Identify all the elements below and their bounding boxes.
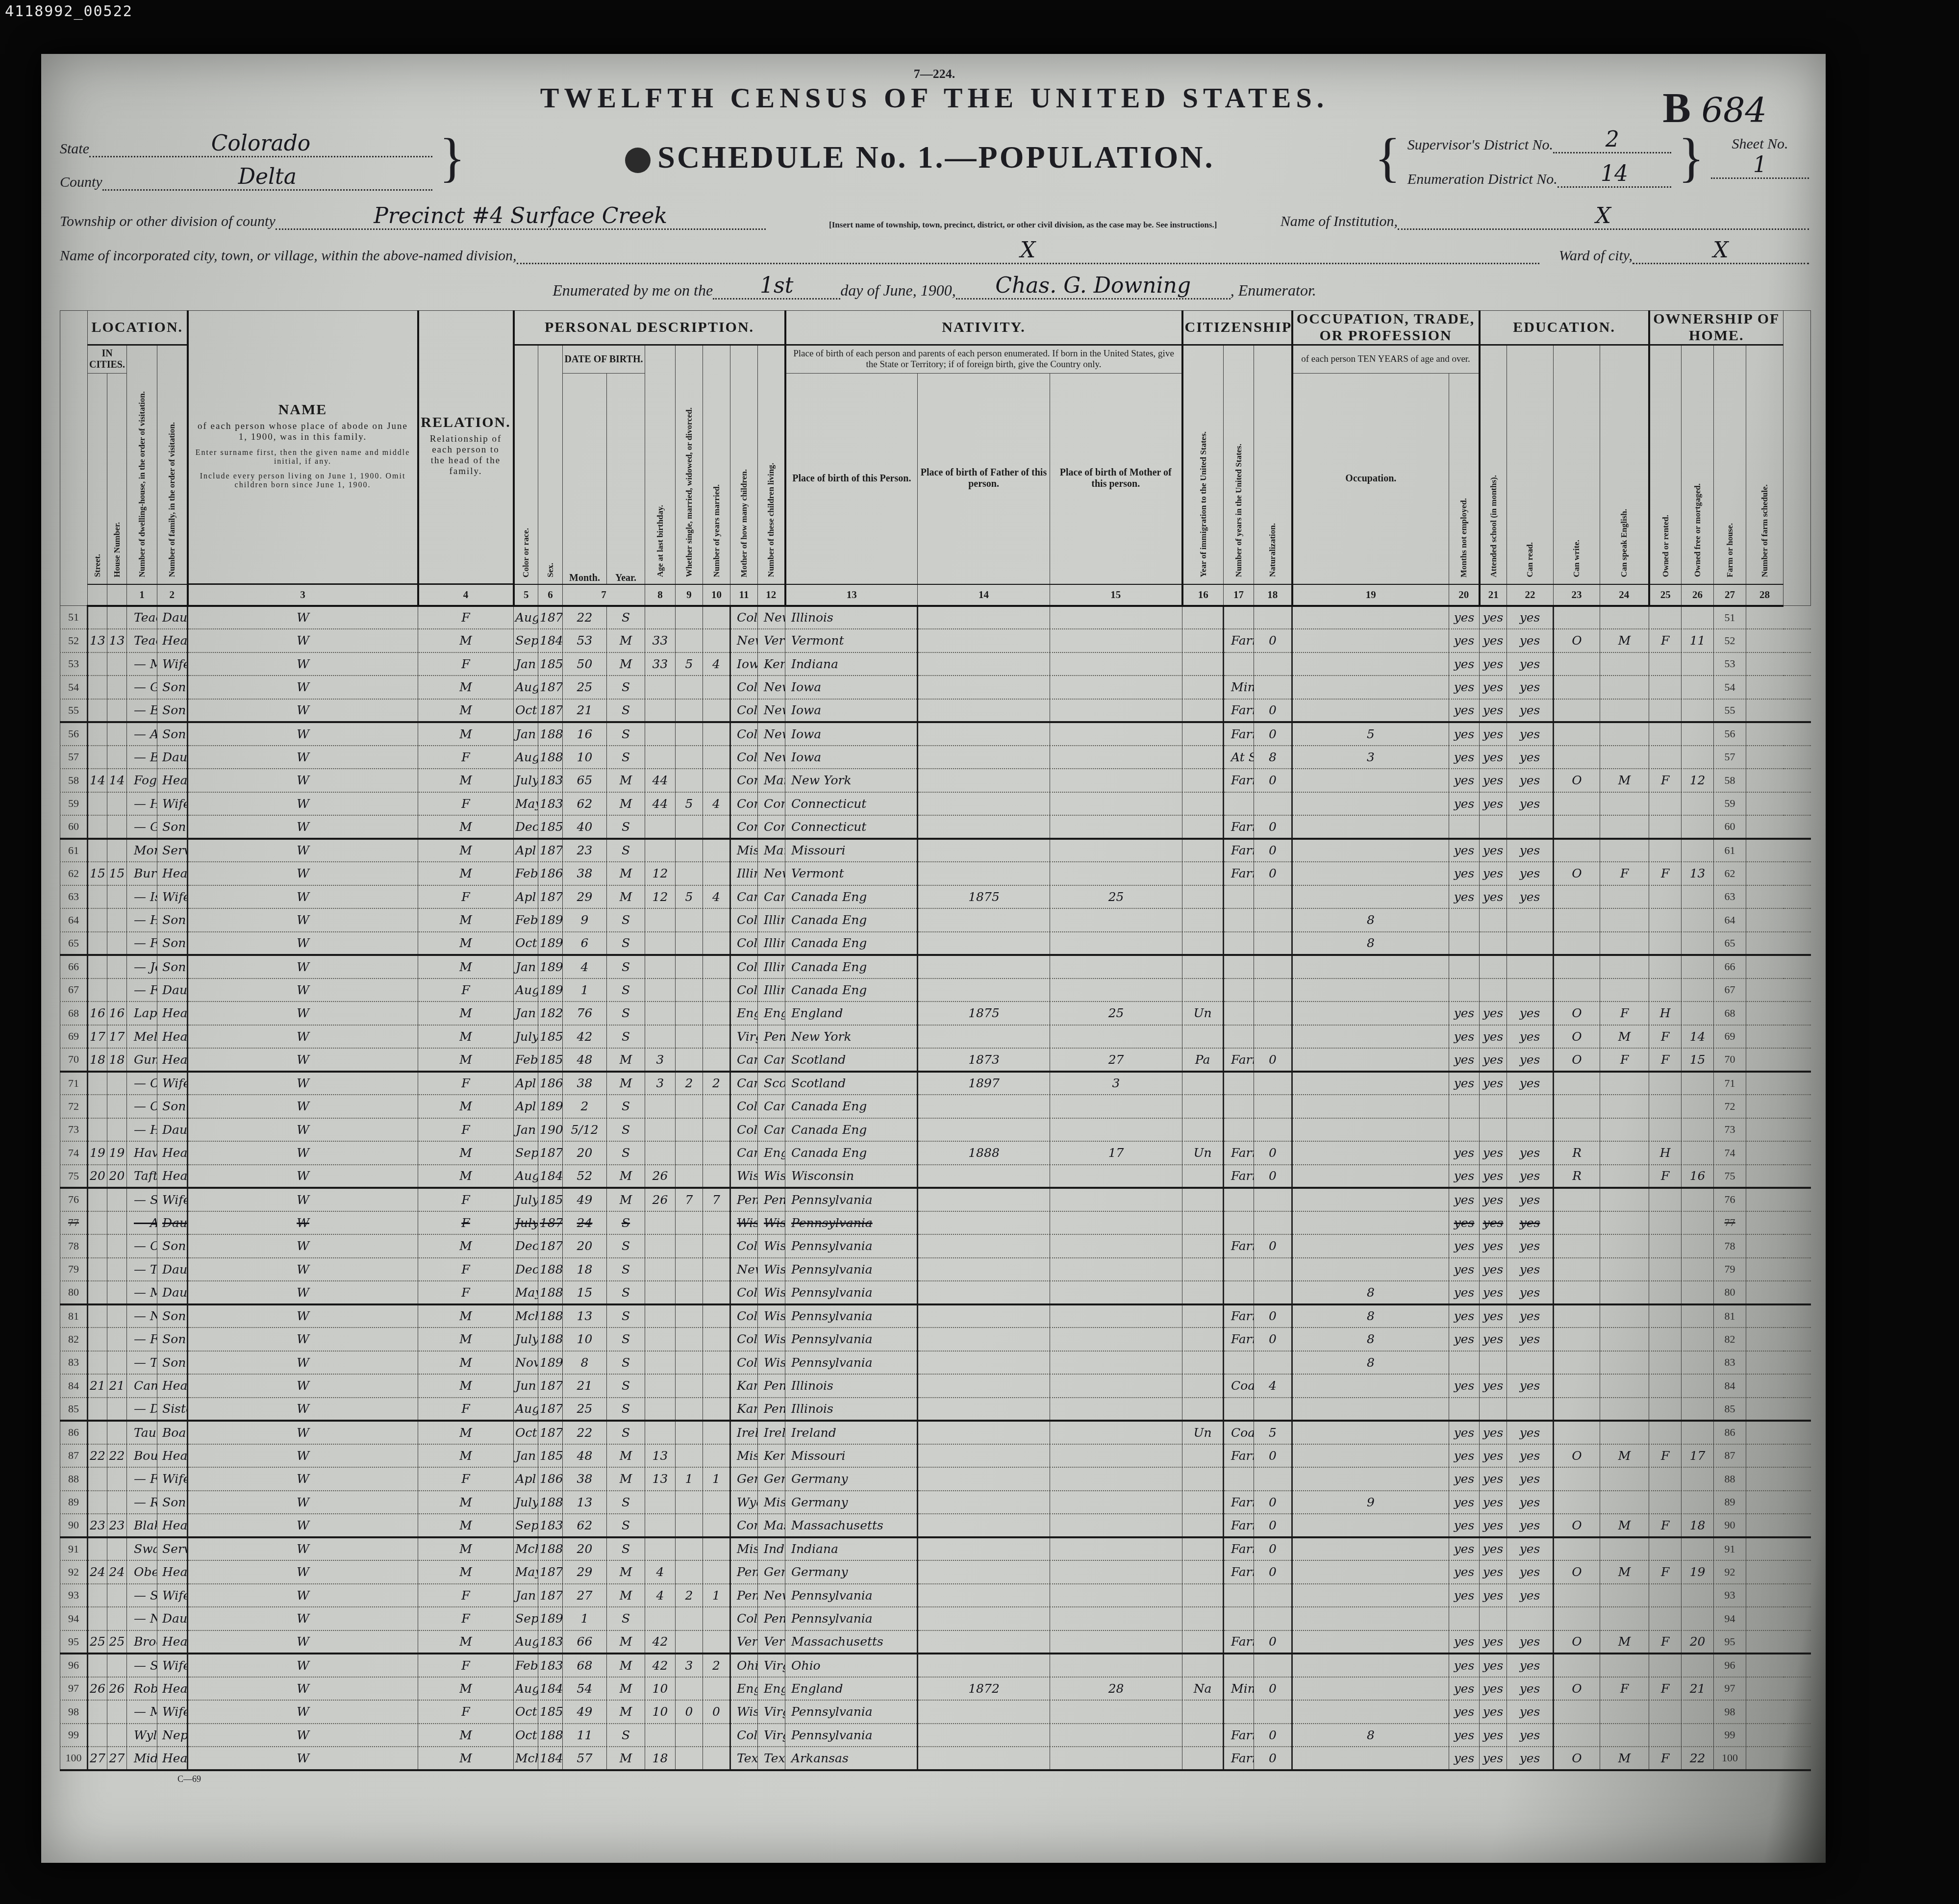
cell-naturalization <box>1182 1165 1224 1188</box>
cell-sex: M <box>418 955 514 978</box>
cell-color: W <box>188 722 418 746</box>
cell-color: W <box>188 1234 418 1258</box>
cell-mother-birthplace: Canada Eng <box>785 978 918 1002</box>
cell-mother-of <box>676 606 703 629</box>
cell-dwelling: 24 <box>88 1560 107 1584</box>
cell-dwelling <box>88 1398 107 1421</box>
cell-color: W <box>188 839 418 862</box>
group-ownership: OWNERSHIP OF HOME. <box>1649 311 1783 345</box>
cell-farm-or-house <box>1649 606 1682 629</box>
cell-can-speak-english <box>1507 1398 1554 1421</box>
cell-months-not-employed <box>1254 1467 1292 1491</box>
cell-marital: S <box>607 699 645 723</box>
cell-family <box>107 1281 127 1304</box>
cell-years-in-us <box>1050 1165 1182 1188</box>
brace-open: { <box>1368 136 1407 179</box>
cell-birth-month: Aug <box>514 978 538 1002</box>
cell-birth-year: 1838 <box>538 792 563 816</box>
cell-naturalization: Un <box>1182 1141 1224 1165</box>
cell-years-married <box>645 1025 676 1049</box>
cell-naturalization <box>1182 1491 1224 1514</box>
cell-naturalization <box>1182 815 1224 839</box>
cell-owned-or-rented <box>1554 839 1600 862</box>
cell-dwelling <box>88 1258 107 1281</box>
cell-can-write: yes <box>1480 1304 1507 1328</box>
cell-birthplace: Colorado <box>730 1234 758 1258</box>
cell-mother-of <box>676 1677 703 1701</box>
cell-years-in-us <box>1050 1234 1182 1258</box>
cell-attended-school <box>1292 1700 1449 1724</box>
cell-children-living: 1 <box>703 1467 730 1491</box>
cell-dwelling: 23 <box>88 1514 107 1537</box>
cell-mother-birthplace: Scotland <box>785 1072 918 1095</box>
cell-age: 10 <box>563 746 607 769</box>
cell-attended-school <box>1292 815 1449 839</box>
cell-sex: M <box>418 1234 514 1258</box>
township-note: [Insert name of township, town, precinct… <box>766 220 1281 230</box>
cell-years-in-us: 28 <box>1050 1677 1182 1701</box>
cell-farm-or-house: F <box>1649 1677 1682 1701</box>
cell-father-birthplace: New York <box>758 1584 785 1607</box>
cell-age: 24 <box>563 1211 607 1235</box>
cell-can-write: yes <box>1480 1258 1507 1281</box>
cell-years-in-us <box>1050 606 1182 629</box>
cell-can-write: yes <box>1480 1374 1507 1398</box>
line-number-left: 73 <box>60 1118 88 1142</box>
cell-color: W <box>188 1747 418 1770</box>
cell-can-write: yes <box>1480 1677 1507 1701</box>
cell-can-write: yes <box>1480 1747 1507 1770</box>
cell-dwelling <box>88 1304 107 1328</box>
cell-years-in-us <box>1050 815 1182 839</box>
cell-relation: Wife <box>157 1653 188 1677</box>
cell-farm-schedule <box>1682 1188 1714 1211</box>
cell-can-write: yes <box>1480 1537 1507 1561</box>
cell-attended-school <box>1292 1048 1449 1072</box>
cell-can-speak-english: yes <box>1507 1328 1554 1351</box>
census-row: 63— Isabell L.WifeWFApl187129M1254Canada… <box>60 885 1811 909</box>
line-number-left: 78 <box>60 1234 88 1258</box>
cell-can-speak-english <box>1507 932 1554 955</box>
cell-attended-school <box>1292 792 1449 816</box>
col-free-mortgaged: Owned free or mortgaged. <box>1682 345 1714 584</box>
cell-immigration-year <box>918 1304 1050 1328</box>
group-location: LOCATION. <box>88 311 188 345</box>
cell-father-birthplace: New York <box>758 722 785 746</box>
cell-can-read <box>1449 932 1480 955</box>
line-number-left: 95 <box>60 1630 88 1654</box>
cell-can-read: yes <box>1449 1374 1480 1398</box>
cell-sex: F <box>418 652 514 676</box>
cell-marital: M <box>607 792 645 816</box>
cell-sex: M <box>418 1421 514 1444</box>
cell-dwelling <box>88 1234 107 1258</box>
cell-age: 9 <box>563 908 607 932</box>
cell-farm-or-house <box>1649 699 1682 723</box>
cell-free-or-mortgaged: F <box>1600 862 1649 885</box>
cell-immigration-year: 1888 <box>918 1141 1050 1165</box>
cell-free-or-mortgaged <box>1600 699 1649 723</box>
cell-dwelling: 25 <box>88 1630 107 1654</box>
line-number-left: 76 <box>60 1188 88 1211</box>
cell-sex: F <box>418 1653 514 1677</box>
cell-relation: Head <box>157 629 188 652</box>
cell-naturalization <box>1182 1398 1224 1421</box>
line-number-left: 80 <box>60 1281 88 1304</box>
col-house-number: House Number. <box>107 374 127 584</box>
cell-birth-month: Oct <box>514 932 538 955</box>
cell-dwelling <box>88 1211 107 1235</box>
cell-mother-of <box>676 1281 703 1304</box>
cell-mother-birthplace: Indiana <box>785 652 918 676</box>
cell-can-write: yes <box>1480 792 1507 816</box>
cell-attended-school <box>1292 1002 1449 1025</box>
cell-immigration-year <box>918 1374 1050 1398</box>
col-year: Year. <box>607 374 645 584</box>
cell-birthplace: Colorado <box>730 699 758 723</box>
cell-can-write: yes <box>1480 629 1507 652</box>
cell-occupation: Miner <box>1224 676 1254 699</box>
cell-birth-year: 1889 <box>538 746 563 769</box>
cell-months-not-employed <box>1254 1351 1292 1375</box>
cell-years-married: 42 <box>645 1630 676 1654</box>
cell-months-not-employed <box>1254 1002 1292 1025</box>
cell-birthplace: Wyoming <box>730 1491 758 1514</box>
cell-marital: S <box>607 1328 645 1351</box>
line-number-right: 98 <box>1714 1700 1746 1724</box>
cell-dwelling <box>88 1491 107 1514</box>
cell-months-not-employed <box>1254 1607 1292 1630</box>
cell-years-married <box>645 1421 676 1444</box>
col-can-speak-english: Can speak English. <box>1600 345 1649 584</box>
cell-attended-school <box>1292 885 1449 909</box>
cell-months-not-employed: 0 <box>1254 1328 1292 1351</box>
cell-years-in-us <box>1050 978 1182 1002</box>
cell-months-not-employed: 0 <box>1254 1630 1292 1654</box>
schedule-title: SCHEDULE No. 1.—POPULATION. <box>472 139 1368 175</box>
cell-years-married <box>645 1258 676 1281</box>
cell-father-birthplace: Pennsylvania <box>758 1025 785 1049</box>
cell-attended-school <box>1292 676 1449 699</box>
cell-father-birthplace: Germany <box>758 1560 785 1584</box>
cell-birth-year: 1885 <box>538 1281 563 1304</box>
cell-father-birthplace: Scotland <box>758 1072 785 1095</box>
cell-occupation <box>1224 606 1254 629</box>
cell-sex: M <box>418 1328 514 1351</box>
cell-mother-birthplace: New York <box>785 769 918 792</box>
cell-can-read: yes <box>1449 1048 1480 1072</box>
cell-owned-or-rented <box>1554 1281 1600 1304</box>
cell-can-read <box>1449 978 1480 1002</box>
cell-farm-or-house <box>1649 722 1682 746</box>
cell-owned-or-rented: O <box>1554 1444 1600 1468</box>
cell-mother-of: 5 <box>676 792 703 816</box>
cell-father-birthplace: Virginia <box>758 1700 785 1724</box>
cell-name: — Fredia E. <box>127 1467 157 1491</box>
cell-occupation <box>1224 885 1254 909</box>
cell-age: 15 <box>563 1281 607 1304</box>
census-rows: 51Teachout LucyDaughterWFAug187722SColor… <box>60 606 1811 1770</box>
cell-can-speak-english: yes <box>1507 1025 1554 1049</box>
cell-mother-of <box>676 1607 703 1630</box>
cell-owned-or-rented <box>1554 978 1600 1002</box>
line-number-right: 54 <box>1714 676 1746 699</box>
cell-marital: M <box>607 1444 645 1468</box>
cell-sex: F <box>418 792 514 816</box>
census-row: 902323Blake Levi R.HeadWMSept183762SConn… <box>60 1514 1811 1537</box>
cell-dwelling <box>88 815 107 839</box>
cell-farm-or-house <box>1649 1374 1682 1398</box>
cell-attended-school <box>1292 1072 1449 1095</box>
cell-birth-year: 1898 <box>538 1095 563 1118</box>
cell-birth-month: Mch <box>514 1304 538 1328</box>
cell-can-write: yes <box>1480 606 1507 629</box>
cell-sex: M <box>418 1374 514 1398</box>
cell-years-married <box>645 908 676 932</box>
cell-years-married <box>645 1398 676 1421</box>
col-marital: Whether single, married, widowed, or div… <box>676 345 703 584</box>
census-row: 71— ChristinaWifeWFApl186238M322Canada E… <box>60 1072 1811 1095</box>
cell-birthplace: Canada Eng <box>730 1072 758 1095</box>
cell-attended-school <box>1292 1211 1449 1235</box>
cell-immigration-year <box>918 955 1050 978</box>
cell-mother-birthplace: Pennsylvania <box>785 1281 918 1304</box>
cell-can-read <box>1449 1607 1480 1630</box>
cell-marital: S <box>607 1491 645 1514</box>
cell-relation: Daughter <box>157 1118 188 1142</box>
cell-birth-year: 1887 <box>538 1304 563 1328</box>
cell-birth-month: Feby <box>514 1048 538 1072</box>
cell-marital: M <box>607 769 645 792</box>
cell-can-read: yes <box>1449 722 1480 746</box>
cell-birth-month: Jan <box>514 1002 538 1025</box>
cell-can-read: yes <box>1449 1211 1480 1235</box>
cell-color: W <box>188 652 418 676</box>
cell-occupation <box>1224 1398 1254 1421</box>
cell-name: — Anna A. <box>127 1211 157 1235</box>
cell-marital: S <box>607 746 645 769</box>
cell-can-read: yes <box>1449 1188 1480 1211</box>
cell-mother-of: 2 <box>676 1584 703 1607</box>
census-row: 681616Lapham FelixHeadWMJan182476SEnglan… <box>60 1002 1811 1025</box>
cell-months-not-employed <box>1254 1211 1292 1235</box>
cell-can-read: yes <box>1449 1700 1480 1724</box>
cell-years-married <box>645 1281 676 1304</box>
cell-farm-schedule <box>1682 1607 1714 1630</box>
cell-birth-month: Sept <box>514 1514 538 1537</box>
cell-family <box>107 978 127 1002</box>
cell-father-birthplace: Wisconsin <box>758 1281 785 1304</box>
cell-farm-schedule <box>1682 1421 1714 1444</box>
cell-dwelling: 16 <box>88 1002 107 1025</box>
cell-naturalization <box>1182 699 1224 723</box>
cell-name: Teachout Edward E. <box>127 629 157 652</box>
cell-birth-year: 1877 <box>538 606 563 629</box>
cell-free-or-mortgaged: M <box>1600 1444 1649 1468</box>
cell-can-speak-english: yes <box>1507 1165 1554 1188</box>
cell-birthplace: New Mexico <box>730 1258 758 1281</box>
cell-occupation <box>1224 908 1254 932</box>
cell-can-speak-english: yes <box>1507 1141 1554 1165</box>
cell-can-read: yes <box>1449 1467 1480 1491</box>
cell-free-or-mortgaged <box>1600 1281 1649 1304</box>
cell-birthplace: Colorado <box>730 746 758 769</box>
cell-attended-school: 8 <box>1292 1281 1449 1304</box>
group-personal: PERSONAL DESCRIPTION. <box>514 311 785 345</box>
census-row: 98— Mary E.WifeWFOct185149M1000Wisconsin… <box>60 1700 1811 1724</box>
cell-years-in-us <box>1050 769 1182 792</box>
cell-mother-birthplace: Ohio <box>785 1653 918 1677</box>
cell-attended-school: 8 <box>1292 908 1449 932</box>
cell-relation: Son <box>157 1304 188 1328</box>
cell-birthplace: Wisconsin <box>730 1165 758 1188</box>
sd-label: Supervisor's District No. <box>1407 137 1553 153</box>
cell-birth-year: 1888 <box>538 1724 563 1747</box>
cell-mother-birthplace: Arkansas <box>785 1747 918 1770</box>
cell-relation: Nephew <box>157 1724 188 1747</box>
cell-father-birthplace: Pennsylvania <box>758 1188 785 1211</box>
cell-years-married: 12 <box>645 862 676 885</box>
cell-color: W <box>188 1584 418 1607</box>
cell-marital: S <box>607 908 645 932</box>
cell-mother-of <box>676 1165 703 1188</box>
line-number-left: 64 <box>60 908 88 932</box>
census-row: 86Tauno AlonzaBoarderWMOct187722SIreland… <box>60 1421 1811 1444</box>
line-number-left: 75 <box>60 1165 88 1188</box>
cell-relation: Wife <box>157 1072 188 1095</box>
cell-relation: Daughter <box>157 1258 188 1281</box>
cell-age: 23 <box>563 839 607 862</box>
census-row: 55— EdwardSonWMOct187821SColoradoNew Yor… <box>60 699 1811 723</box>
cell-family <box>107 606 127 629</box>
cell-can-write: yes <box>1480 1421 1507 1444</box>
cell-mother-birthplace: Illinois <box>785 1398 918 1421</box>
cell-farm-schedule <box>1682 815 1714 839</box>
cell-mother-birthplace: Germany <box>785 1491 918 1514</box>
cell-years-married: 33 <box>645 652 676 676</box>
cell-naturalization <box>1182 1095 1224 1118</box>
cell-free-or-mortgaged: M <box>1600 1747 1649 1770</box>
cell-father-birthplace: Maine <box>758 769 785 792</box>
column-numbers: 12 34 56 78 910 1112 131415 161718 1920 … <box>60 584 1811 606</box>
cell-occupation <box>1224 1258 1254 1281</box>
cell-birth-month: May <box>514 1560 538 1584</box>
cell-attended-school <box>1292 1118 1449 1142</box>
cell-immigration-year <box>918 652 1050 676</box>
cell-mother-of <box>676 1234 703 1258</box>
cell-months-not-employed <box>1254 652 1292 676</box>
cell-years-in-us <box>1050 1118 1182 1142</box>
cell-sex: M <box>418 1537 514 1561</box>
cell-years-married <box>645 1141 676 1165</box>
cell-attended-school <box>1292 1421 1449 1444</box>
cell-owned-or-rented <box>1554 1234 1600 1258</box>
cell-free-or-mortgaged <box>1600 978 1649 1002</box>
cell-immigration-year <box>918 1630 1050 1654</box>
census-row: 72— ClaranceSonWMApl18982SColoradoCanada… <box>60 1095 1811 1118</box>
cell-owned-or-rented: O <box>1554 1025 1600 1049</box>
cell-color: W <box>188 1072 418 1095</box>
cell-free-or-mortgaged <box>1600 1165 1649 1188</box>
cell-birthplace: Missouri <box>730 1537 758 1561</box>
cell-sex: F <box>418 1467 514 1491</box>
cell-can-speak-english: yes <box>1507 1537 1554 1561</box>
cell-free-or-mortgaged <box>1600 1304 1649 1328</box>
cell-sex: M <box>418 839 514 862</box>
cell-can-write <box>1480 815 1507 839</box>
cell-birthplace: Colorado <box>730 978 758 1002</box>
cell-farm-or-house <box>1649 932 1682 955</box>
cell-color: W <box>188 1002 418 1025</box>
cell-sex: M <box>418 1491 514 1514</box>
cell-name: — Edward <box>127 699 157 723</box>
cell-farm-schedule: 12 <box>1682 769 1714 792</box>
cell-mother-of <box>676 955 703 978</box>
cell-mother-of <box>676 1630 703 1654</box>
line-number-right: 83 <box>1714 1351 1746 1375</box>
cell-can-speak-english: yes <box>1507 1421 1554 1444</box>
cell-relation: Son <box>157 908 188 932</box>
cell-can-write: yes <box>1480 1700 1507 1724</box>
cell-family <box>107 1724 127 1747</box>
cell-birthplace: Ohio <box>730 1653 758 1677</box>
cell-can-write <box>1480 978 1507 1002</box>
line-number-left: 81 <box>60 1304 88 1328</box>
cell-mother-birthplace: Connecticut <box>785 815 918 839</box>
cell-years-in-us <box>1050 1467 1182 1491</box>
cell-owned-or-rented: O <box>1554 1048 1600 1072</box>
cell-occupation: Farmer <box>1224 629 1254 652</box>
census-row: 581414Fogg GeorgeHeadWMJuly183465M44Conn… <box>60 769 1811 792</box>
cell-free-or-mortgaged <box>1600 1374 1649 1398</box>
line-number-left: 91 <box>60 1537 88 1561</box>
cell-owned-or-rented: O <box>1554 1514 1600 1537</box>
line-number-left: 90 <box>60 1514 88 1537</box>
cell-family <box>107 1467 127 1491</box>
cell-can-speak-english <box>1507 1351 1554 1375</box>
cell-occupation <box>1224 1002 1254 1025</box>
cell-free-or-mortgaged <box>1600 1421 1649 1444</box>
line-number-left: 72 <box>60 1095 88 1118</box>
cell-family <box>107 1328 127 1351</box>
cell-relation: Head <box>157 1165 188 1188</box>
cell-mother-birthplace: Canada Eng <box>785 1141 918 1165</box>
cell-can-speak-english: yes <box>1507 1700 1554 1724</box>
cell-farm-schedule <box>1682 699 1714 723</box>
cell-farm-schedule <box>1682 1537 1714 1561</box>
cell-free-or-mortgaged <box>1600 1607 1649 1630</box>
cell-months-not-employed <box>1254 676 1292 699</box>
cell-age: 21 <box>563 1374 607 1398</box>
line-number-right: 97 <box>1714 1677 1746 1701</box>
cell-years-married <box>645 606 676 629</box>
cell-marital: S <box>607 1514 645 1537</box>
cell-relation: Head <box>157 1514 188 1537</box>
cell-sex: M <box>418 1560 514 1584</box>
cell-owned-or-rented <box>1554 955 1600 978</box>
cell-father-birthplace: Missouri <box>758 1491 785 1514</box>
cell-farm-or-house <box>1649 676 1682 699</box>
cell-naturalization: Na <box>1182 1677 1224 1701</box>
cell-name: — Clarance <box>127 1095 157 1118</box>
line-number-left: 54 <box>60 676 88 699</box>
census-row: 66— John L.SonWMJan18964SColoradoIllinoi… <box>60 955 1811 978</box>
cell-attended-school <box>1292 1444 1449 1468</box>
cell-immigration-year <box>918 1095 1050 1118</box>
cell-mother-birthplace: Pennsylvania <box>785 1211 918 1235</box>
line-number-left: 92 <box>60 1560 88 1584</box>
cell-free-or-mortgaged <box>1600 1467 1649 1491</box>
